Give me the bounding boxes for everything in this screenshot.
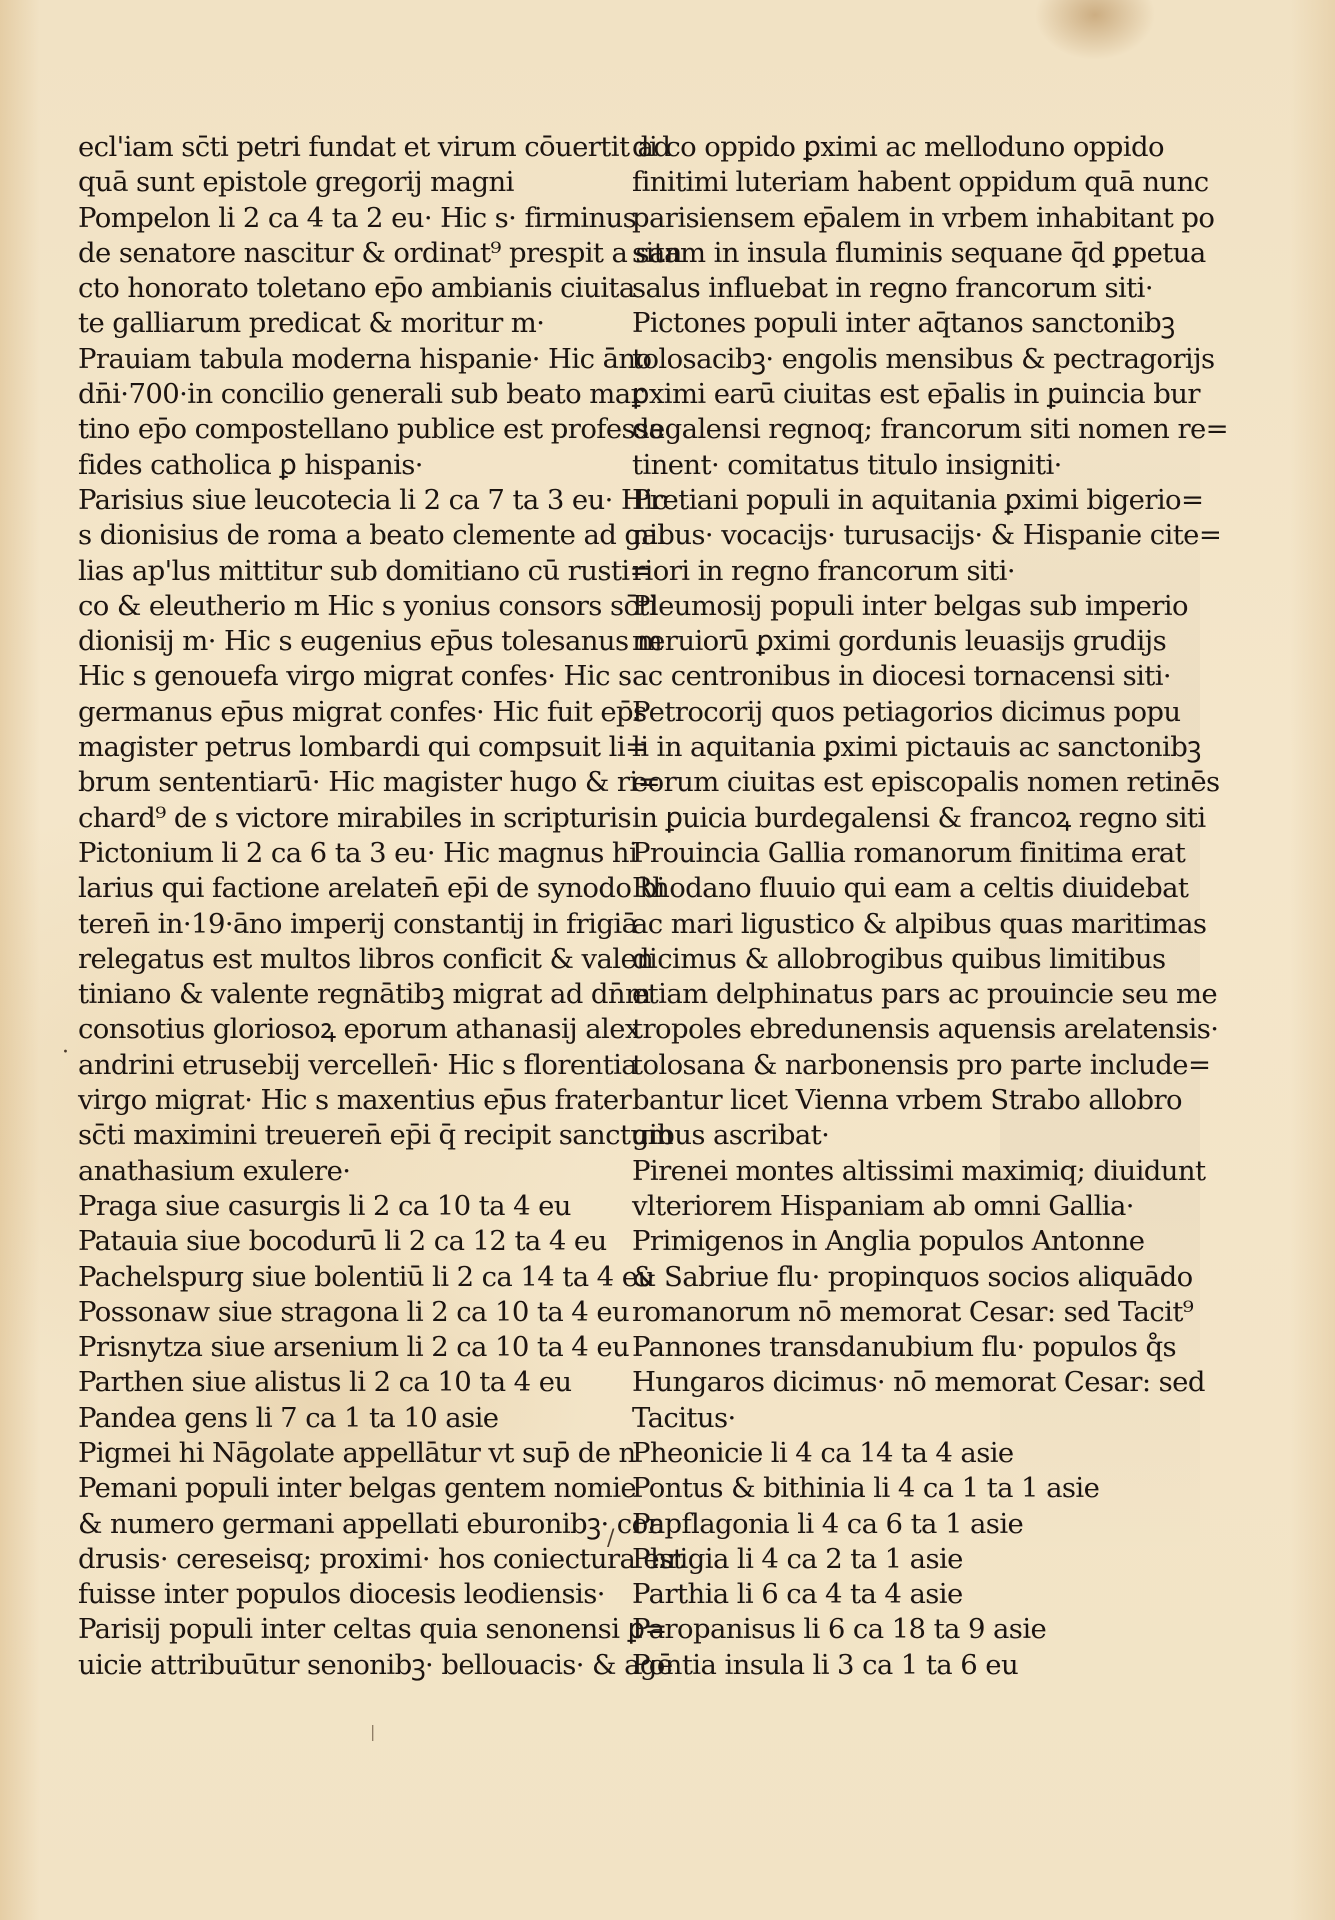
- text-line: parisiensem ep̄alem in vrbem inhabitant …: [632, 201, 1132, 236]
- text-line: Patauia siue bocodurū li 2 ca 12 ta 4 eu: [78, 1224, 578, 1259]
- text-line: Pictones populi inter aq̄tanos sanctonib…: [632, 306, 1132, 341]
- text-line: anathasium exulere·: [78, 1154, 578, 1189]
- text-line: Pompelon li 2 ca 4 ta 2 eu· Hic s· firmi…: [78, 201, 578, 236]
- text-line: drusis· cereseisq; proximi· hos coniectu…: [78, 1542, 578, 1577]
- text-line: di co oppido ꝑximi ac melloduno oppido: [632, 130, 1132, 165]
- text-line: tino ep̄o compostellano publice est prof…: [78, 412, 578, 447]
- text-line: fuisse inter populos diocesis leodiensis…: [78, 1577, 578, 1612]
- text-line: Prisnytza siue arsenium li 2 ca 10 ta 4 …: [78, 1330, 578, 1365]
- text-line: Pontus & bithinia li 4 ca 1 ta 1 asie: [632, 1471, 1132, 1506]
- text-line: gibus ascribat·: [632, 1118, 1132, 1153]
- text-line: relegatus est multos libros conficit & v…: [78, 942, 578, 977]
- text-line: & Sabriue flu· propinquos socios aliquād…: [632, 1260, 1132, 1295]
- text-line: s dionisius de roma a beato clemente ad …: [78, 518, 578, 553]
- text-line: nibus· vocacijs· turusacijs· & Hispanie …: [632, 518, 1132, 553]
- text-line: Parthen siue alistus li 2 ca 10 ta 4 eu: [78, 1365, 578, 1400]
- text-line: larius qui factione arelaten̄ ep̄i de sy…: [78, 871, 578, 906]
- text-line: consotius gloriosoꝝ eporum athanasij ale…: [78, 1012, 578, 1047]
- text-line: teren̄ in·19·āno imperij constantij in f…: [78, 907, 578, 942]
- text-line: Phrigia li 4 ca 2 ta 1 asie: [632, 1542, 1132, 1577]
- text-line: virgo migrat· Hic s maxentius ep̄us frat…: [78, 1083, 578, 1118]
- text-line: tinent· comitatus titulo insigniti·: [632, 448, 1132, 483]
- text-line: te galliarum predicat & moritur m·: [78, 306, 578, 341]
- text-line: chard⁹ de s victore mirabiles in scriptu…: [78, 801, 578, 836]
- text-line: finitimi luteriam habent oppidum quā nun…: [632, 165, 1132, 200]
- text-line: Pirenei montes altissimi maximiq; diuidu…: [632, 1154, 1132, 1189]
- text-line: & numero germani appellati eburonibꝫ· co…: [78, 1507, 578, 1542]
- text-line: Hungaros dicimus· nō memorat Cesar: sed: [632, 1365, 1132, 1400]
- text-line: Prouincia Gallia romanorum finitima erat: [632, 836, 1132, 871]
- right-text-column: di co oppido ꝑximi ac melloduno oppidofi…: [632, 130, 1132, 1683]
- text-line: sc̄ti maximini treueren̄ ep̄i q̄ recipit…: [78, 1118, 578, 1153]
- text-line: dicimus & allobrogibus quibus limitibus: [632, 942, 1132, 977]
- text-line: Parisij populi inter celtas quia senonen…: [78, 1612, 578, 1647]
- text-line: tiniano & valente regnātibꝫ migrat ad dn…: [78, 977, 578, 1012]
- text-line: andrini etrusebij vercellen̄· Hic s flor…: [78, 1048, 578, 1083]
- text-line: ac mari ligustico & alpibus quas maritim…: [632, 907, 1132, 942]
- text-line: Paropanisus li 6 ca 18 ta 9 asie: [632, 1612, 1132, 1647]
- text-line: neruiorū ꝑximi gordunis leuasijs grudijs: [632, 624, 1132, 659]
- text-line: riori in regno francorum siti·: [632, 554, 1132, 589]
- text-line: li in aquitania ꝑximi pictauis ac sancto…: [632, 730, 1132, 765]
- text-line: Pemani populi inter belgas gentem nomie: [78, 1471, 578, 1506]
- text-line: lias ap'lus mittitur sub domitiano cū ru…: [78, 554, 578, 589]
- text-line: magister petrus lombardi qui compsuit li…: [78, 730, 578, 765]
- text-line: Pannones transdanubium flu· populos q̊s: [632, 1330, 1132, 1365]
- text-line: Pontia insula li 3 ca 1 ta 6 eu: [632, 1648, 1132, 1683]
- text-line: dn̄i·700·in concilio generali sub beato …: [78, 377, 578, 412]
- text-line: germanus ep̄us migrat confes· Hic fuit e…: [78, 695, 578, 730]
- text-line: ecl'iam sc̄ti petri fundat et virum cōue…: [78, 130, 578, 165]
- text-line: bantur licet Vienna vrbem Strabo allobro: [632, 1083, 1132, 1118]
- text-line: Petrocorij quos petiagorios dicimus popu: [632, 695, 1132, 730]
- text-line: Pigmei hi Nāgolate appellātur vt sup̄ de…: [78, 1436, 578, 1471]
- text-line: quā sunt epistole gregorij magni: [78, 165, 578, 200]
- text-line: de senatore nascitur & ordinat⁹ prespit …: [78, 236, 578, 271]
- text-line: eorum ciuitas est episcopalis nomen reti…: [632, 765, 1132, 800]
- text-line: Parisius siue leucotecia li 2 ca 7 ta 3 …: [78, 483, 578, 518]
- text-line: Pleumosij populi inter belgas sub imperi…: [632, 589, 1132, 624]
- text-line: Rhodano fluuio qui eam a celtis diuideba…: [632, 871, 1132, 906]
- text-line: Possonaw siue stragona li 2 ca 10 ta 4 e…: [78, 1295, 578, 1330]
- margin-slash-mark: /: [607, 1526, 614, 1551]
- text-line: salus influebat in regno francorum siti·: [632, 271, 1132, 306]
- text-line: Pandea gens li 7 ca 1 ta 10 asie: [78, 1401, 578, 1436]
- left-text-column: ecl'iam sc̄ti petri fundat et virum cōue…: [78, 130, 578, 1683]
- text-line: uicie attribuūtur senonibꝫ· bellouacis· …: [78, 1648, 578, 1683]
- text-line: brum sententiarū· Hic magister hugo & ri…: [78, 765, 578, 800]
- text-line: in ꝑuicia burdegalensi & francoꝝ regno s…: [632, 801, 1132, 836]
- margin-dot-mark: ·: [62, 1040, 69, 1065]
- text-line: fides catholica ꝑ hispanis·: [78, 448, 578, 483]
- text-line: co & eleutherio m Hic s yonius consors s…: [78, 589, 578, 624]
- text-line: Pictonium li 2 ca 6 ta 3 eu· Hic magnus …: [78, 836, 578, 871]
- text-line: Prauiam tabula moderna hispanie· Hic āno: [78, 342, 578, 377]
- text-line: Hic s genouefa virgo migrat confes· Hic …: [78, 659, 578, 694]
- text-line: tropoles ebredunensis aquensis arelatens…: [632, 1012, 1132, 1047]
- text-line: degalensi regnoq; francorum siti nomen r…: [632, 412, 1132, 447]
- text-line: tolosacibꝫ· engolis mensibus & pectragor…: [632, 342, 1132, 377]
- text-line: dionisij m· Hic s eugenius ep̄us tolesan…: [78, 624, 578, 659]
- text-line: ac centronibus in diocesi tornacensi sit…: [632, 659, 1132, 694]
- text-line: Pheonicie li 4 ca 14 ta 4 asie: [632, 1436, 1132, 1471]
- text-line: sitam in insula fluminis sequane q̄d ꝑpe…: [632, 236, 1132, 271]
- text-line: romanorum nō memorat Cesar: sed Tacit⁹: [632, 1295, 1132, 1330]
- text-line: Parthia li 6 ca 4 ta 4 asie: [632, 1577, 1132, 1612]
- text-line: Primigenos in Anglia populos Antonne: [632, 1224, 1132, 1259]
- text-line: Praga siue casurgis li 2 ca 10 ta 4 eu: [78, 1189, 578, 1224]
- margin-tick-mark: |: [370, 1722, 375, 1741]
- text-line: Pachelspurg siue bolentiū li 2 ca 14 ta …: [78, 1260, 578, 1295]
- parchment-page: ecl'iam sc̄ti petri fundat et virum cōue…: [0, 0, 1335, 1920]
- text-line: ꝑximi earū ciuitas est ep̄alis in ꝑuinci…: [632, 377, 1132, 412]
- text-line: vlteriorem Hispaniam ab omni Gallia·: [632, 1189, 1132, 1224]
- text-line: etiam delphinatus pars ac prouincie seu …: [632, 977, 1132, 1012]
- text-line: Tacitus·: [632, 1401, 1132, 1436]
- text-line: Pretiani populi in aquitania ꝑximi biger…: [632, 483, 1132, 518]
- text-line: tolosana & narbonensis pro parte include…: [632, 1048, 1132, 1083]
- text-line: Papflagonia li 4 ca 6 ta 1 asie: [632, 1507, 1132, 1542]
- text-line: cto honorato toletano ep̄o ambianis ciui…: [78, 271, 578, 306]
